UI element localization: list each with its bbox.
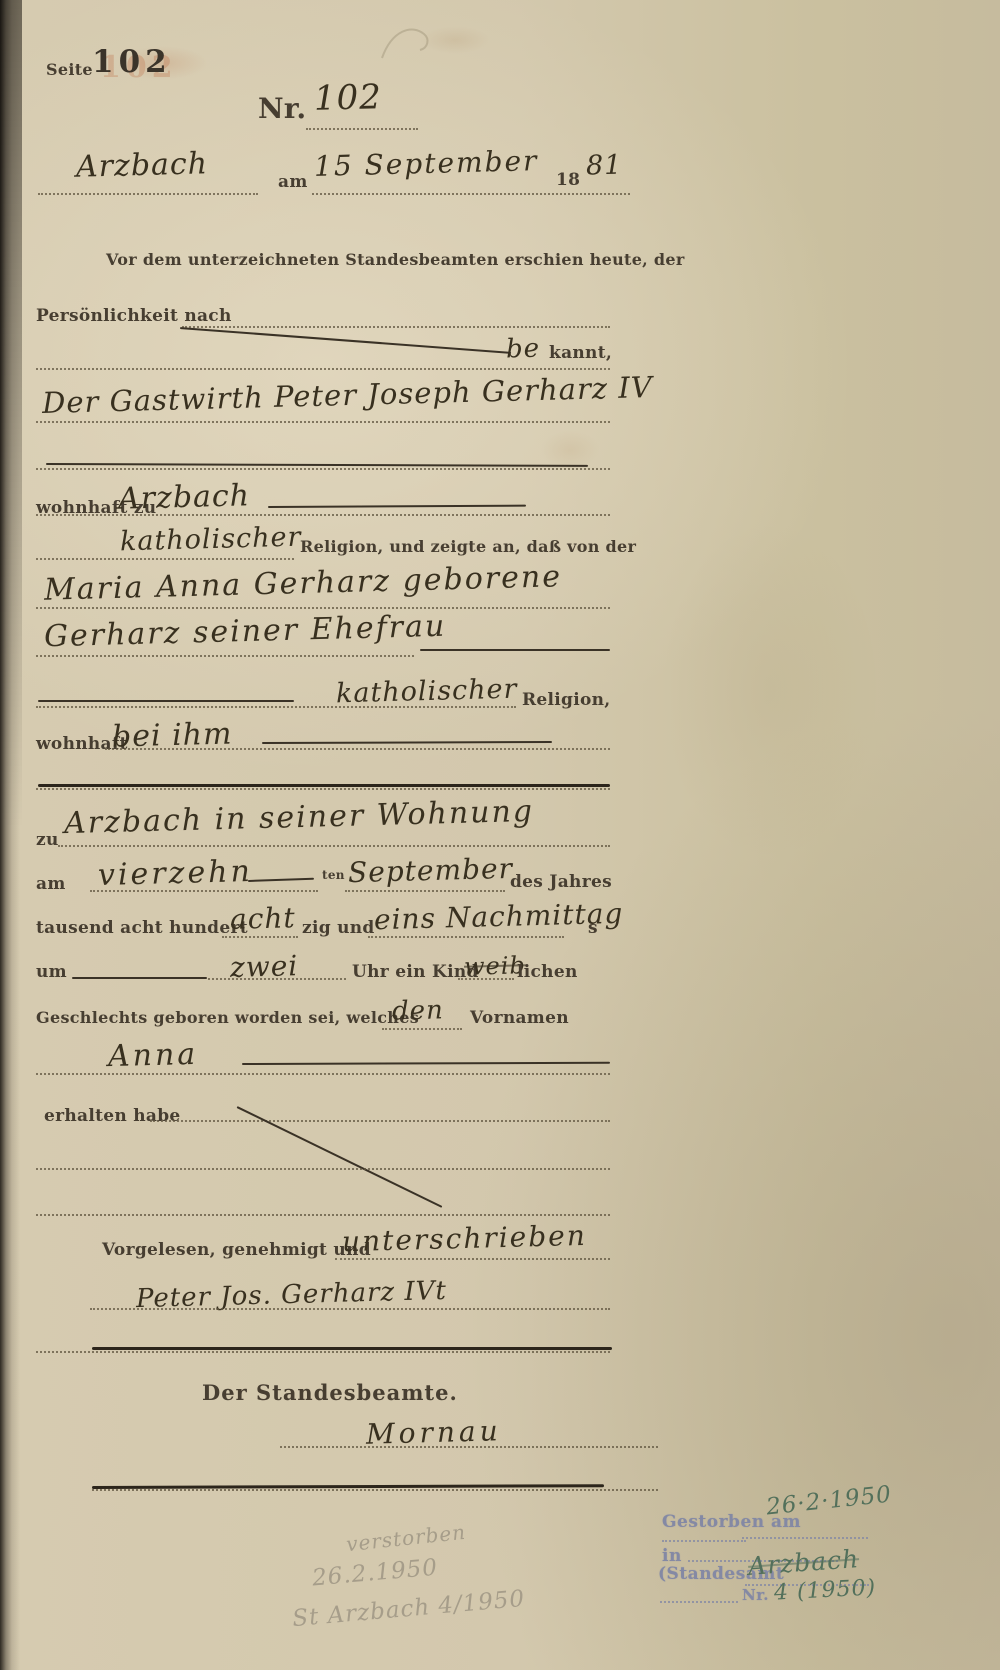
ruled-line [458, 978, 514, 980]
ruled-line [368, 936, 564, 938]
child-name-entry: Anna [108, 1037, 199, 1074]
ink-stroke [72, 977, 207, 979]
binding-shadow [0, 0, 22, 900]
year-unit-entry: eins Nachmittag [374, 897, 624, 937]
zu-label: zu [36, 830, 59, 850]
des-jahres-label: des Jahres [510, 872, 612, 892]
unterschrieben-entry: unterschrieben [342, 1219, 588, 1258]
ruled-line [36, 468, 610, 470]
religion1-label: Religion, und zeigte an, daß von der [300, 537, 636, 556]
ruled-line [36, 421, 610, 423]
mother-name-entry-2: Gerharz seiner Ehefrau [44, 609, 447, 655]
religion2-label: Religion, [522, 690, 611, 710]
ink-stroke [262, 741, 552, 744]
ink-stroke [248, 878, 314, 882]
ruled-line [306, 128, 418, 130]
ink-stroke-diagonal [180, 327, 511, 354]
ruled-line [150, 1120, 610, 1122]
ruled-line [58, 845, 610, 847]
paper-stain [660, 520, 880, 860]
ruled-line [36, 706, 516, 708]
century-printed: 18 [556, 170, 580, 190]
page-number: 102 [92, 44, 172, 80]
stamp-death-date-entry: 26·2·1950 [765, 1481, 893, 1520]
ruled-line [90, 1308, 610, 1310]
ruled-line [105, 748, 610, 750]
ruled-line [222, 936, 298, 938]
ink-stroke [46, 463, 588, 467]
stamp-in-label: in [662, 1546, 682, 1566]
date-entry: 15 September [314, 144, 539, 183]
year-entry: 81 [586, 150, 623, 182]
ruled-line [208, 978, 346, 980]
ruled-line [312, 193, 630, 195]
ruled-line [36, 1073, 610, 1075]
record-number-label: Nr. [258, 92, 306, 125]
page-label: Seite [46, 60, 93, 79]
stamp-nr-label: Nr. [742, 1586, 769, 1604]
residence-entry: Arzbach [118, 478, 251, 516]
persoenlichkeit-label: Persönlichkeit nach [36, 306, 232, 326]
bekannt-entry: be [506, 334, 541, 365]
birthplace-entry: Arzbach in seiner Wohnung [64, 794, 535, 841]
ruled-line [345, 890, 505, 892]
pencil-note-verstorben: verstorben [345, 1520, 467, 1556]
birth-day-entry: vierzehn [98, 854, 254, 893]
ruled-line [36, 1214, 610, 1216]
um-label: um [36, 962, 67, 982]
zig-und-label: zig und [302, 918, 375, 938]
s-suffix: s [588, 918, 598, 938]
stamp-standesamt-entry: Arzbach [747, 1544, 860, 1581]
registry-document-page: Seite 102 102 Nr. 102 Arzbach am 15 Sept… [0, 0, 1000, 1670]
declarant-entry: Der Gastwirth Peter Joseph Gerharz IV [42, 370, 653, 420]
ruled-line [280, 1446, 658, 1448]
tausend-label: tausend acht hundert [36, 918, 248, 938]
ruled-line [92, 1489, 658, 1491]
ruled-line [90, 890, 318, 892]
ruled-line [36, 1168, 610, 1170]
am-label: am [278, 172, 308, 192]
ruled-line [382, 1028, 462, 1030]
ruled-line [36, 514, 610, 516]
ink-stroke [268, 505, 526, 508]
pencil-mark [378, 22, 444, 62]
lichen-label: lichen [517, 962, 578, 982]
pencil-note-date: 26.2.1950 [311, 1555, 439, 1592]
den-entry: den [392, 995, 445, 1026]
intro-text: Vor dem unterzeichneten Standesbeamten e… [106, 250, 685, 269]
vornamen-label: Vornamen [470, 1008, 569, 1028]
ink-stroke-crossout [38, 784, 610, 787]
place-entry: Arzbach [76, 146, 209, 184]
record-number-value: 102 [313, 77, 382, 119]
decade-entry: acht [230, 901, 297, 936]
kannt-label: kannt, [549, 343, 612, 363]
ink-stroke [420, 649, 610, 651]
vorgelesen-label: Vorgelesen, genehmigt und [102, 1240, 371, 1260]
ten-suffix: ten [322, 868, 345, 882]
ruled-line [36, 607, 610, 609]
ink-stroke [38, 700, 294, 702]
geschlechts-label: Geschlechts geboren worden sei, welches [36, 1008, 419, 1027]
stamp-nr-entry: 4 (1950) [773, 1575, 876, 1605]
ruled-line [36, 655, 414, 657]
stamp-ruled-line [742, 1537, 868, 1539]
birth-month-entry: September [348, 852, 514, 889]
ruled-line [182, 326, 610, 328]
stamp-ruled-line [662, 1540, 746, 1542]
pencil-note-registry: St Arzbach 4/1950 [291, 1586, 526, 1632]
ruled-line [36, 368, 610, 370]
ink-stroke [242, 1062, 610, 1065]
ink-stroke [92, 1347, 612, 1350]
am2-label: am [36, 874, 66, 894]
ruled-line [36, 1351, 610, 1353]
mother-name-entry: Maria Anna Gerharz geborene [44, 559, 563, 608]
registrar-title: Der Standesbeamte. [202, 1380, 458, 1405]
erhalten-habe-label: erhalten habe [44, 1106, 181, 1126]
ruled-line [38, 193, 258, 195]
ruled-line [335, 1258, 610, 1260]
ruled-line [36, 558, 294, 560]
religion2-entry: katholischer [336, 674, 518, 710]
religion1-entry: katholischer [120, 522, 302, 558]
ruled-line [36, 788, 610, 790]
stamp-ruled-line [660, 1601, 738, 1603]
